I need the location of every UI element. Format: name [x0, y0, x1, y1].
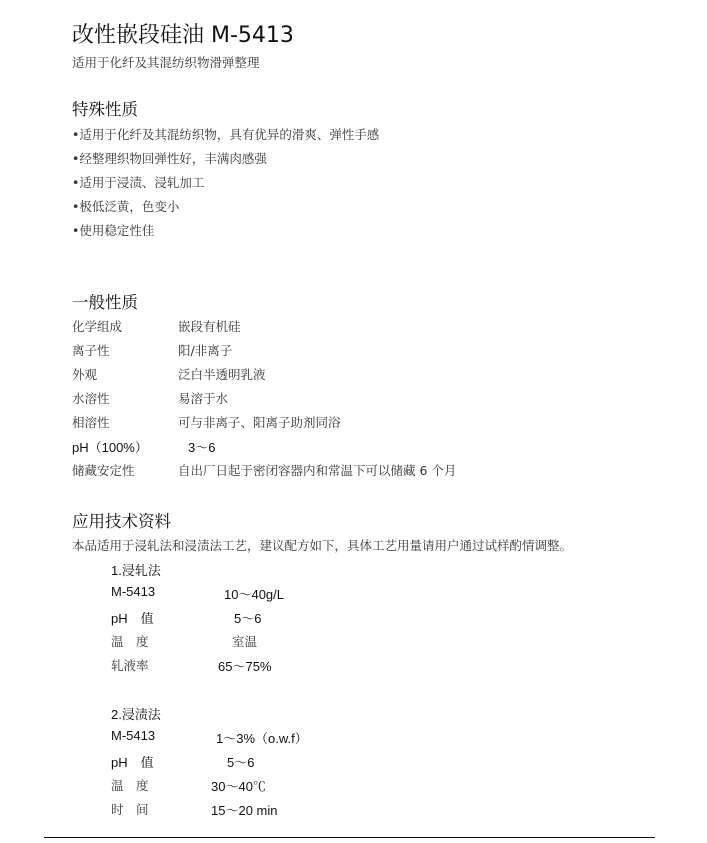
special-bullet: •适用于浸渍、浸轧加工	[72, 173, 204, 191]
general-value: 易溶于水	[178, 389, 228, 407]
method-label: pH 值	[111, 752, 154, 771]
method-label: 温 度	[111, 776, 149, 794]
special-bullet: •经整理织物回弹性好，丰满肉感强	[72, 149, 267, 167]
general-label: pH（100%）	[72, 437, 148, 456]
method-label: pH 值	[111, 608, 154, 627]
bottom-divider	[44, 837, 655, 838]
method-value: 室温	[232, 632, 257, 650]
general-label: 相溶性	[72, 413, 110, 431]
special-bullet: •使用稳定性佳	[72, 221, 154, 239]
method-label: M-5413	[111, 728, 155, 743]
method-label: 时 间	[111, 800, 149, 818]
method-value: 15～20 min	[211, 800, 277, 819]
general-value: 可与非离子、阳离子助剂同浴	[178, 413, 341, 431]
method-value: 5～6	[234, 608, 261, 627]
method-value: 1～3%（o.w.f）	[216, 728, 308, 747]
general-label: 储藏安定性	[72, 461, 135, 479]
method-label: 轧液率	[111, 656, 149, 674]
general-label: 化学组成	[72, 317, 122, 335]
method-label: 温 度	[111, 632, 149, 650]
method-title: 2.浸渍法	[111, 704, 161, 723]
method-value: 10～40g/L	[224, 584, 284, 603]
method-value: 30～40℃	[211, 776, 266, 795]
general-value: 阳/非离子	[178, 341, 232, 359]
general-heading: 一般性质	[72, 289, 138, 313]
application-heading: 应用技术资料	[72, 508, 171, 532]
general-label: 水溶性	[72, 389, 110, 407]
special-heading: 特殊性质	[72, 96, 138, 120]
application-intro: 本品适用于浸轧法和浸渍法工艺，建议配方如下，具体工艺用量请用户通过试样酌情调整。	[72, 536, 572, 554]
method-value: 5～6	[227, 752, 254, 771]
method-label: M-5413	[111, 584, 155, 599]
general-label: 离子性	[72, 341, 110, 359]
general-value: 嵌段有机硅	[178, 317, 241, 335]
special-bullet: •极低泛黄，色变小	[72, 197, 179, 215]
method-title: 1.浸轧法	[111, 560, 161, 579]
general-value: 泛白半透明乳液	[178, 365, 266, 383]
special-bullet: •适用于化纤及其混纺织物，具有优异的滑爽、弹性手感	[72, 125, 379, 143]
general-label: 外观	[72, 365, 97, 383]
method-value: 65～75%	[218, 656, 271, 675]
product-title: 改性嵌段硅油 M-5413	[72, 18, 294, 49]
product-subtitle: 适用于化纤及其混纺织物滑弹整理	[72, 53, 260, 71]
general-value: 3～6	[188, 437, 215, 456]
general-value: 自出厂日起于密闭容器内和常温下可以储藏 6 个月	[178, 461, 456, 479]
